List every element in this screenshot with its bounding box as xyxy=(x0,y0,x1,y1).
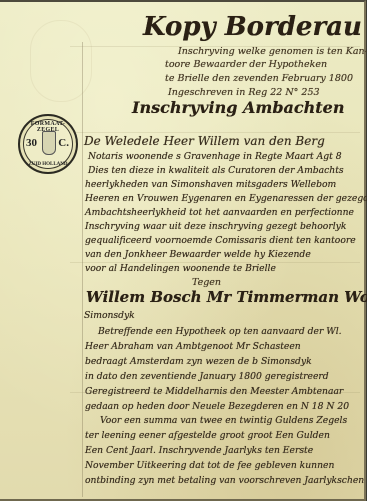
signature-line: Willem Bosch Mr Timmerman Wonende te xyxy=(86,288,367,306)
document-sheet: FORMAAT-ZEGEL 30 C. ZUID HOLLAND Kopy Bo… xyxy=(0,0,366,500)
body-line: Notaris woonende s Gravenhage in Regte M… xyxy=(88,151,342,162)
body-line: Betreffende een Hypotheek op ten aanvaar… xyxy=(98,326,342,337)
tegen-label: Tegen xyxy=(192,277,221,288)
header-line: te Brielle den zevenden February 1800 xyxy=(165,73,353,84)
place-name: Simonsdyk xyxy=(84,310,135,321)
body-line: Een Cent Jaarl. Inschryvende Jaarlyks te… xyxy=(85,445,313,456)
document-title: Kopy Borderau omr xyxy=(143,12,367,42)
stamp-currency: C. xyxy=(58,137,69,149)
body-line: van den Jonkheer Bewaarder welde hy Kiez… xyxy=(85,249,311,260)
header-line: Ingeschreven in Reg 22 N° 253 xyxy=(168,87,320,98)
body-line: Heeren en Vrouwen Eygenaren en Eygenares… xyxy=(85,193,367,204)
body-line: Voor een summa van twee en twintig Gulde… xyxy=(100,415,347,426)
stamp-bottom-text: ZUID HOLLAND xyxy=(20,162,76,167)
body-line: gequalificeerd voornoemde Comissaris die… xyxy=(85,235,356,246)
body-line: Dies ten dieze in kwaliteit als Curatore… xyxy=(88,165,344,176)
body-line: ontbinding zyn met betaling van voorschr… xyxy=(85,475,364,486)
section-title: Inschryving Ambachten xyxy=(132,98,344,117)
stamp-value: 30 xyxy=(26,137,37,149)
body-line: voor al Handelingen woonende te Brielle xyxy=(85,263,276,274)
body-line: heerlykheden van Simonshaven mitsgaders … xyxy=(85,179,336,190)
ruled-line xyxy=(70,132,360,133)
crown-crest-icon xyxy=(42,131,56,155)
body-line: Inschryving waar uit deze inschryving ge… xyxy=(85,221,346,232)
margin-line xyxy=(82,42,83,497)
body-line: gedaan op heden door Neuele Bezegderen e… xyxy=(85,401,349,412)
tax-stamp: FORMAAT-ZEGEL 30 C. ZUID HOLLAND xyxy=(18,114,78,174)
body-line: bedraagt Amsterdam zyn wezen de b Simons… xyxy=(85,356,312,367)
body-line: Ambachtsheerlykheid tot het aanvaarden e… xyxy=(85,207,354,218)
body-line: De Weledele Heer Willem van den Berg xyxy=(84,134,325,148)
body-line: Geregistreerd te Middelharnis den Meeste… xyxy=(85,386,343,397)
header-line: Inschryving welke genomen is ten Kan- xyxy=(178,46,367,57)
body-line: ter leening eener afgestelde groot groot… xyxy=(85,430,330,441)
body-line: Heer Abraham van Ambtgenoot Mr Schasteen xyxy=(85,341,301,352)
body-line: in dato den zeventiende January 1800 ger… xyxy=(85,371,329,382)
header-line: toore Bewaarder der Hypotheken xyxy=(165,59,327,70)
body-line: November Uitkeering dat tot de fee geble… xyxy=(85,460,334,471)
